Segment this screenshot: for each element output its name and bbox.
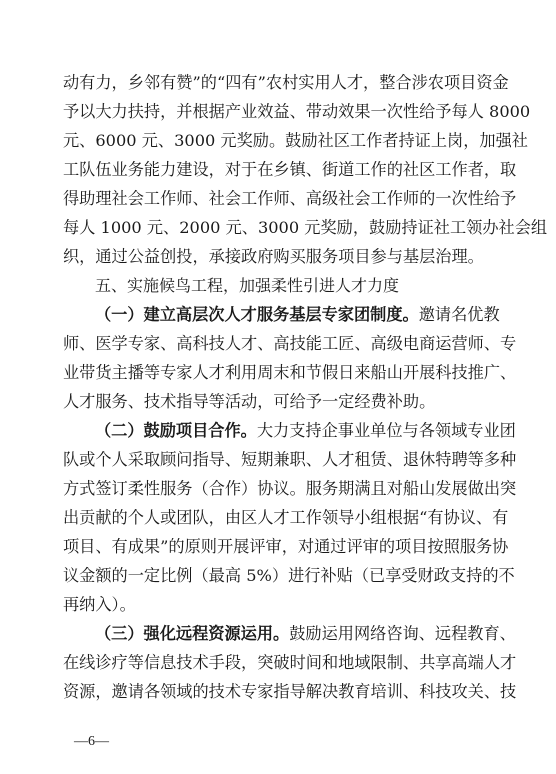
body-line: 每人 1000 元、2000 元、3000 元奖励，鼓励持证社工领办社会组 [63,217,467,239]
body-line: 师、医学专家、高科技人才、高技能工匠、高级电商运营师、专 [63,333,467,355]
item-3-text: 鼓励运用网络咨询、远程教育、 [289,624,516,643]
item-3-title: （三）强化远程资源运用。 [95,624,289,643]
item-3-first-line: （三）强化远程资源运用。鼓励运用网络咨询、远程教育、 [95,623,467,645]
body-line: 在线诊疗等信息技术手段，突破时间和地域限制、共享高端人才 [63,652,467,674]
body-line: 织，通过公益创投，承接政府购买服务项目参与基层治理。 [63,246,467,268]
body-line: 出贡献的个人或团队，由区人才工作领导小组根据“有协议、有 [63,507,467,529]
page-number: —6— [74,733,109,751]
body-line: 元、6000 元、3000 元奖励。鼓励社区工作者持证上岗，加强社 [63,130,467,152]
item-1-text: 邀请名优教 [419,305,500,324]
item-1-first-line: （一）建立高层次人才服务基层专家团制度。邀请名优教 [95,304,467,326]
item-2-text: 大力支持企事业单位与各领域专业团 [257,421,516,440]
section-heading: 五、实施候鸟工程，加强柔性引进人才力度 [95,275,467,297]
body-line: 资源，邀请各领域的技术专家指导解决教育培训、科技攻关、技 [63,681,467,703]
body-line: 予以大力扶持，并根据产业效益、带动效果一次性给予每人 8000 [63,101,467,123]
body-line: 业带货主播等专家人才利用周末和节假日来船山开展科技推广、 [63,362,467,384]
body-line: 工队伍业务能力建设，对于在乡镇、街道工作的社区工作者，取 [63,159,467,181]
body-line: 方式签订柔性服务（合作）协议。服务期满且对船山发展做出突 [63,478,467,500]
body-line: 人才服务、技术指导等活动，可给予一定经费补助。 [63,391,467,413]
document-page: 动有力，乡邻有赞”的“四有”农村实用人才，整合涉农项目资金 予以大力扶持，并根据… [0,0,556,774]
body-line: 项目、有成果”的原则开展评审，对通过评审的项目按照服务协 [63,536,467,558]
item-2-title: （二）鼓励项目合作。 [95,421,257,440]
item-2-first-line: （二）鼓励项目合作。大力支持企事业单位与各领域专业团 [95,420,467,442]
body-line: 队或个人采取顾问指导、短期兼职、人才租赁、退休特聘等多种 [63,449,467,471]
body-line: 再纳入）。 [63,594,467,616]
body-line: 议金额的一定比例（最高 5%）进行补贴（已享受财政支持的不 [63,565,467,587]
body-line: 动有力，乡邻有赞”的“四有”农村实用人才，整合涉农项目资金 [63,72,467,94]
item-1-title: （一）建立高层次人才服务基层专家团制度。 [95,305,419,324]
body-line: 得助理社会工作师、社会工作师、高级社会工作师的一次性给予 [63,188,467,210]
